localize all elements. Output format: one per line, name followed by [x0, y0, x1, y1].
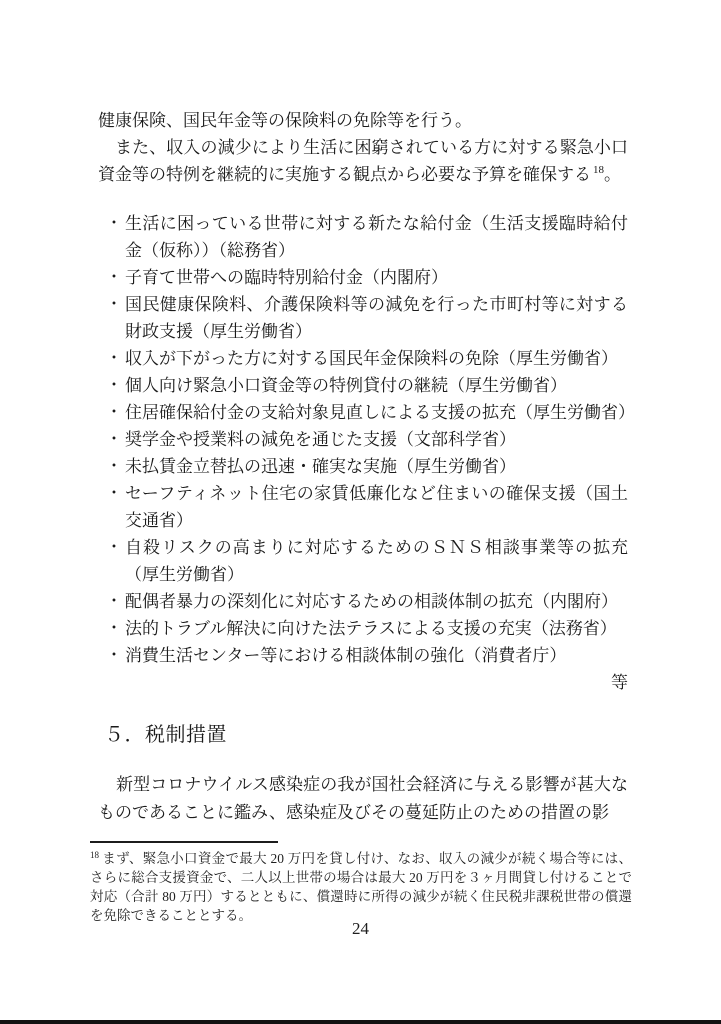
- list-item: ・ 消費生活センター等における相談体制の強化（消費者庁）: [98, 642, 628, 669]
- footnote-number: 18: [90, 850, 99, 860]
- measure-text: 生活に困っている世帯に対する新たな給付金（生活支援臨時給付金（仮称））（総務省）: [125, 210, 628, 264]
- list-item: ・ 生活に困っている世帯に対する新たな給付金（生活支援臨時給付金（仮称））（総務…: [98, 210, 628, 264]
- bullet-icon: ・: [98, 291, 125, 345]
- etc-label: 等: [98, 669, 628, 696]
- measure-text: 住居確保給付金の支給対象見直しによる支援の拡充（厚生労働省）: [125, 399, 628, 426]
- measure-text: セーフティネット住宅の家賃低廉化など住まいの確保支援（国土交通省）: [125, 480, 628, 534]
- footnote-body: 18まず、緊急小口資金で最大 20 万円を貸し付け、なお、収入の減少が続く場合等…: [90, 849, 632, 925]
- list-item: ・ 配偶者暴力の深刻化に対応するための相談体制の拡充（内閣府）: [98, 588, 628, 615]
- section-heading: ５．税制措置: [104, 721, 628, 749]
- footnote-text: まず、緊急小口資金で最大 20 万円を貸し付け、なお、収入の減少が続く場合等には…: [90, 851, 632, 923]
- measure-text: 消費生活センター等における相談体制の強化（消費者庁）: [125, 642, 628, 669]
- measure-text: 配偶者暴力の深刻化に対応するための相談体制の拡充（内閣府）: [125, 588, 628, 615]
- measure-text: 国民健康保険料、介護保険料等の減免を行った市町村等に対する財政支援（厚生労働省）: [125, 291, 628, 345]
- footnote: 18まず、緊急小口資金で最大 20 万円を貸し付け、なお、収入の減少が続く場合等…: [90, 841, 632, 925]
- document-page: 健康保険、国民年金等の保険料の免除等を行う。 また、収入の減少により生活に困窮さ…: [0, 0, 721, 1024]
- section-paragraph: 新型コロナウイルス感染症の我が国社会経済に与える影響が甚大なものであることに鑑み…: [98, 771, 628, 827]
- intro-continuation-line: 健康保険、国民年金等の保険料の免除等を行う。: [98, 107, 628, 134]
- bullet-icon: ・: [98, 615, 125, 642]
- bullet-icon: ・: [98, 426, 125, 453]
- bullet-icon: ・: [98, 210, 125, 264]
- list-item: ・ 個人向け緊急小口資金等の特例貸付の継続（厚生労働省）: [98, 372, 628, 399]
- list-item: ・ 自殺リスクの高まりに対応するためのＳＮＳ相談事業等の拡充（厚生労働省）: [98, 534, 628, 588]
- measure-text: 法的トラブル解決に向けた法テラスによる支援の充実（法務省）: [125, 615, 628, 642]
- measure-text: 収入が下がった方に対する国民年金保険料の免除（厚生労働省）: [125, 345, 628, 372]
- list-item: ・ 子育て世帯への臨時特別給付金（内閣府）: [98, 264, 628, 291]
- bullet-icon: ・: [98, 399, 125, 426]
- intro-paragraph-period: 。: [604, 165, 621, 184]
- bullet-icon: ・: [98, 453, 125, 480]
- bullet-icon: ・: [98, 642, 125, 669]
- bullet-icon: ・: [98, 534, 125, 588]
- measure-text: 自殺リスクの高まりに対応するためのＳＮＳ相談事業等の拡充（厚生労働省）: [125, 534, 628, 588]
- footnote-separator: [90, 841, 278, 843]
- intro-paragraph-text: また、収入の減少により生活に困窮されている方に対する緊急小口資金等の特例を継続的…: [98, 138, 628, 184]
- list-item: ・ 未払賃金立替払の迅速・確実な実施（厚生労働省）: [98, 453, 628, 480]
- measure-text: 子育て世帯への臨時特別給付金（内閣府）: [125, 264, 628, 291]
- list-item: ・ 収入が下がった方に対する国民年金保険料の免除（厚生労働省）: [98, 345, 628, 372]
- page-content: 健康保険、国民年金等の保険料の免除等を行う。 また、収入の減少により生活に困窮さ…: [98, 0, 628, 827]
- measure-text: 奨学金や授業料の減免を通じた支援（文部科学省）: [125, 426, 628, 453]
- list-item: ・ 住居確保給付金の支給対象見直しによる支援の拡充（厚生労働省）: [98, 399, 628, 426]
- page-bottom-edge: [0, 1020, 721, 1024]
- page-number: 24: [0, 919, 721, 939]
- list-item: ・ 奨学金や授業料の減免を通じた支援（文部科学省）: [98, 426, 628, 453]
- bullet-icon: ・: [98, 480, 125, 534]
- bullet-icon: ・: [98, 372, 125, 399]
- measures-list: ・ 生活に困っている世帯に対する新たな給付金（生活支援臨時給付金（仮称））（総務…: [98, 210, 628, 669]
- bullet-icon: ・: [98, 264, 125, 291]
- footnote-ref-marker: 18: [593, 164, 604, 176]
- list-item: ・ 法的トラブル解決に向けた法テラスによる支援の充実（法務省）: [98, 615, 628, 642]
- list-item: ・ 国民健康保険料、介護保険料等の減免を行った市町村等に対する財政支援（厚生労働…: [98, 291, 628, 345]
- intro-paragraph: また、収入の減少により生活に困窮されている方に対する緊急小口資金等の特例を継続的…: [98, 134, 628, 188]
- list-item: ・ セーフティネット住宅の家賃低廉化など住まいの確保支援（国土交通省）: [98, 480, 628, 534]
- bullet-icon: ・: [98, 588, 125, 615]
- bullet-icon: ・: [98, 345, 125, 372]
- measure-text: 未払賃金立替払の迅速・確実な実施（厚生労働省）: [125, 453, 628, 480]
- measure-text: 個人向け緊急小口資金等の特例貸付の継続（厚生労働省）: [125, 372, 628, 399]
